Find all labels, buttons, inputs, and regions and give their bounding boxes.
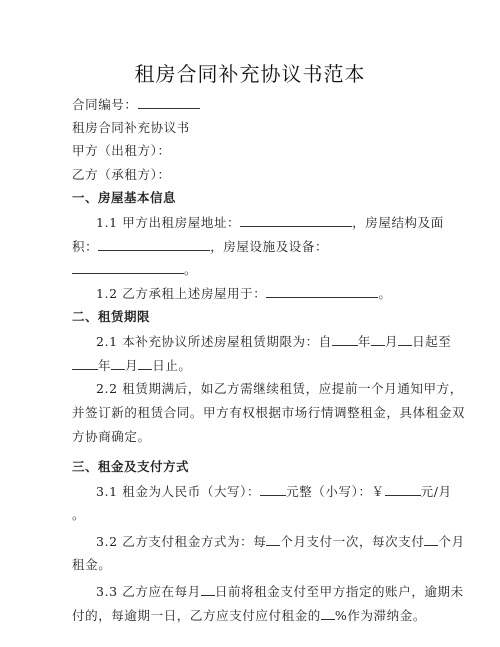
clause-text: 日起至 bbox=[412, 334, 451, 349]
clause-text: ，房屋结构及面 bbox=[352, 215, 444, 230]
clause-text: 日止。 bbox=[152, 358, 191, 373]
clause-3-3-line-2: 付的，每逾期一日，乙方应支付应付租金的%作为滞纳金。 bbox=[72, 607, 426, 624]
payment-day-blank bbox=[201, 583, 215, 596]
end-year-blank bbox=[72, 357, 98, 370]
payment-interval-blank bbox=[266, 533, 280, 546]
clause-text: 1.1 甲方出租房屋地址： bbox=[96, 215, 240, 230]
clause-1-2: 1.2 乙方承租上述房屋用于：。 bbox=[96, 285, 391, 302]
usage-blank bbox=[266, 285, 378, 298]
clause-3-2-line-2: 租金。 bbox=[72, 557, 111, 573]
party-b-label: 乙方（承租方）： bbox=[72, 167, 171, 183]
clause-3-1-line-2: 。 bbox=[72, 507, 85, 523]
contract-number-line: 合同编号： bbox=[72, 96, 200, 113]
clause-3-3-line-1: 3.3 乙方应在每月日前将租金支付至甲方指定的账户，逾期未 bbox=[96, 583, 464, 600]
clause-text: 3.1 租金为人民币（大写）： bbox=[96, 484, 260, 499]
contract-number-label: 合同编号： bbox=[72, 97, 138, 112]
clause-1-1-line-1: 1.1 甲方出租房屋地址：，房屋结构及面 bbox=[96, 214, 444, 231]
clause-2-2-line-1: 2.2 租赁期满后，如乙方需继续租赁，应提前一个月通知甲方， bbox=[96, 381, 463, 397]
section-2-heading: 二、租赁期限 bbox=[72, 309, 150, 325]
clause-text: 3.2 乙方支付租金方式为：每 bbox=[96, 534, 266, 549]
clause-text: 3.3 乙方应在每月 bbox=[96, 584, 201, 599]
end-day-blank bbox=[138, 357, 152, 370]
clause-text: 元/月 bbox=[421, 484, 452, 499]
section-3-heading: 三、租金及支付方式 bbox=[72, 459, 189, 475]
clause-2-2-line-3: 方协商确定。 bbox=[72, 429, 151, 445]
clause-2-1-line-2: 年月日止。 bbox=[72, 357, 192, 374]
clause-text: 1.2 乙方承租上述房屋用于： bbox=[96, 286, 266, 301]
clause-1-1-line-2: 积：，房屋设施及设备： bbox=[72, 238, 328, 255]
clause-text: ，房屋设施及设备： bbox=[210, 239, 328, 254]
clause-1-1-line-3: 。 bbox=[72, 261, 197, 278]
month-label: 月 bbox=[385, 334, 398, 349]
clause-text: 积： bbox=[72, 239, 98, 254]
clause-text: 。 bbox=[184, 262, 197, 277]
clause-2-2-line-2: 并签订新的租赁合同。甲方有权根据市场行情调整租金，具体租金双 bbox=[72, 405, 465, 421]
month-label: 月 bbox=[125, 358, 138, 373]
start-day-blank bbox=[398, 333, 412, 346]
clause-3-2-line-1: 3.2 乙方支付租金方式为：每个月支付一次，每次支付个月 bbox=[96, 533, 465, 550]
contract-number-blank bbox=[138, 96, 200, 109]
clause-text: 付的，每逾期一日，乙方应支付应付租金的 bbox=[72, 608, 321, 623]
clause-text: %作为滞纳金。 bbox=[335, 608, 426, 623]
payment-months-blank bbox=[424, 533, 438, 546]
clause-text: 日前将租金支付至甲方指定的账户，逾期未 bbox=[215, 584, 464, 599]
year-label: 年 bbox=[98, 358, 111, 373]
facilities-blank bbox=[72, 261, 184, 274]
address-blank bbox=[240, 214, 352, 227]
document-title: 租房合同补充协议书范本 bbox=[0, 58, 500, 87]
rent-amount-blank bbox=[385, 483, 421, 496]
clause-text: 2.1 本补充协议所述房屋租赁期限为：自 bbox=[96, 334, 332, 349]
rent-uppercase-blank bbox=[260, 483, 286, 496]
start-month-blank bbox=[371, 333, 385, 346]
clause-text: 元整（小写）：￥ bbox=[286, 484, 385, 499]
subtitle: 租房合同补充协议书 bbox=[72, 120, 190, 136]
section-1-heading: 一、房屋基本信息 bbox=[72, 190, 176, 206]
clause-2-1-line-1: 2.1 本补充协议所述房屋租赁期限为：自年月日起至 bbox=[96, 333, 451, 350]
end-month-blank bbox=[111, 357, 125, 370]
area-blank bbox=[98, 238, 210, 251]
party-a-label: 甲方（出租方）： bbox=[72, 143, 171, 159]
clause-3-1-line-1: 3.1 租金为人民币（大写）：元整（小写）：￥元/月 bbox=[96, 483, 452, 500]
clause-text: 个月 bbox=[438, 534, 464, 549]
clause-text: 个月支付一次，每次支付 bbox=[280, 534, 424, 549]
late-fee-percent-blank bbox=[321, 607, 335, 620]
year-label: 年 bbox=[358, 334, 371, 349]
start-year-blank bbox=[332, 333, 358, 346]
clause-text: 。 bbox=[378, 286, 391, 301]
